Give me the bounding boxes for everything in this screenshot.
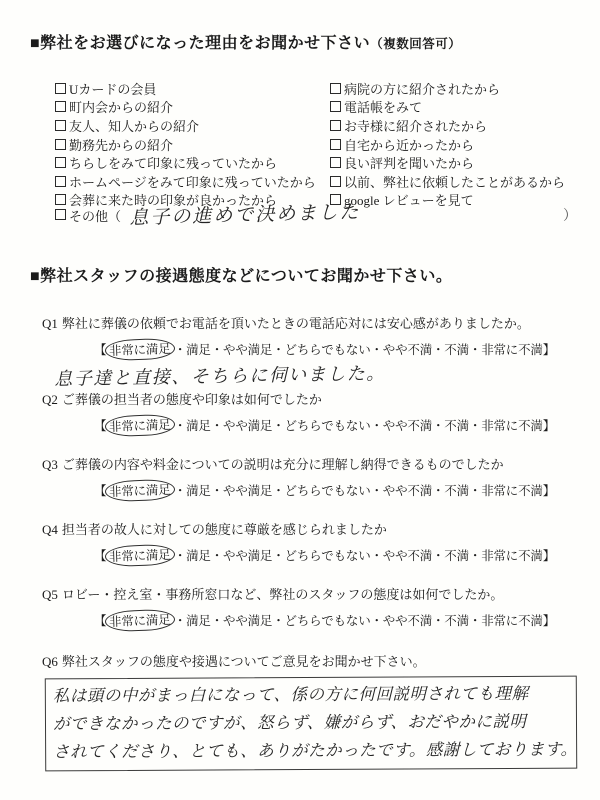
section-reasons-title: ■弊社をお選びになった理由をお聞かせ下さい（複数回答可） (30, 30, 461, 53)
reason-option-label: 町内会からの紹介 (69, 97, 173, 116)
question-label: ロビー・控え室・事務所窓口など、弊社のスタッフの態度は如何でしたか。 (62, 587, 503, 602)
circled-selected-answer: 非常に満足 (105, 414, 175, 437)
checkbox-icon (55, 176, 66, 187)
comment-line: されてくださり、とても、ありがたかったです。感謝しております。 (53, 736, 569, 767)
question-block-q5: Q5ロビー・控え室・事務所窓口など、弊社のスタッフの態度は如何でしたか。 【非常… (42, 584, 582, 631)
section-staff-title: ■弊社スタッフの接遇態度などについてお聞かせ下さい。 (30, 263, 452, 286)
question-text: Q1弊社に葬儀の依頼でお電話を頂いたときの電話応対には安心感がありましたか。 (42, 313, 582, 332)
checkbox-icon (330, 157, 341, 168)
question-text: Q4担当者の故人に対しての態度に尊厳を感じられましたか (42, 519, 582, 538)
reason-option-label: 勤務先からの紹介 (69, 135, 173, 154)
reason-options-right-column: 病院の方に紹介されたから 電話帳をみて お寺様に紹介されたから 自宅から近かった… (330, 79, 580, 209)
question-label: ご葬儀の内容や料金についての説明は充分に理解し納得できるものでしたか (62, 457, 504, 472)
satisfaction-scale: 【非常に満足・満足・やや満足・どちらでもない・やや不満・不満・非常に不満】 (94, 610, 582, 631)
reason-option-label: 電話帳をみて (344, 97, 422, 116)
reason-option-label: 良い評判を聞いたから (344, 153, 474, 172)
comment-line: 私は頭の中がまっ白になって、係の方に何回説明されても理解 (53, 680, 569, 711)
question-id: Q4 (42, 522, 58, 537)
checkbox-icon (55, 157, 66, 168)
scale-remaining-options: ・満足・やや満足・どちらでもない・やや不満・不満・非常に不満】 (174, 343, 555, 357)
reason-option: 友人、知人からの紹介 (55, 116, 330, 135)
section-staff-title-text: 弊社スタッフの接遇態度などについてお聞かせ下さい。 (40, 268, 452, 285)
reason-options: Uカードの会員 町内会からの紹介 友人、知人からの紹介 勤務先からの紹介 ちらし… (55, 79, 580, 209)
reason-option: ホームページをみて印象に残っていたから (55, 172, 330, 191)
reason-option-label: Uカードの会員 (69, 79, 156, 98)
question-text: Q2ご葬儀の担当者の態度や印象は如何でしたか (42, 389, 582, 408)
question-id: Q5 (42, 587, 58, 602)
question-label: 弊社スタッフの態度や接遇についてご意見をお聞かせ下さい。 (62, 654, 426, 669)
reason-option-label: 以前、弊社に依頼したことがあるから (344, 172, 565, 191)
reason-options-left-column: Uカードの会員 町内会からの紹介 友人、知人からの紹介 勤務先からの紹介 ちらし… (55, 79, 330, 209)
question-label: 弊社に葬儀の依頼でお電話を頂いたときの電話応対には安心感がありましたか。 (62, 316, 530, 331)
reason-option: お寺様に紹介されたから (330, 116, 580, 135)
checkbox-icon (330, 120, 341, 131)
circled-selected-answer: 非常に満足 (105, 609, 175, 632)
reason-option: 町内会からの紹介 (55, 98, 330, 117)
reason-option-label: お寺様に紹介されたから (344, 116, 487, 135)
checkbox-icon (55, 83, 66, 94)
checkbox-icon (330, 83, 341, 94)
question-label: 担当者の故人に対しての態度に尊厳を感じられましたか (62, 522, 387, 537)
question-id: Q6 (42, 654, 58, 669)
question-text: Q5ロビー・控え室・事務所窓口など、弊社のスタッフの態度は如何でしたか。 (42, 584, 582, 603)
question-label: ご葬儀の担当者の態度や印象は如何でしたか (62, 392, 322, 407)
scale-remaining-options: ・満足・やや満足・どちらでもない・やや不満・不満・非常に不満】 (174, 549, 555, 563)
reason-option: 良い評判を聞いたから (330, 153, 580, 172)
reason-option-label: 自宅から近かったから (344, 135, 474, 154)
satisfaction-scale: 【非常に満足・満足・やや満足・どちらでもない・やや不満・不満・非常に不満】 (94, 545, 582, 566)
reason-option: 電話帳をみて (330, 98, 580, 117)
reason-option-label: ちらしをみて印象に残っていたから (69, 153, 277, 172)
question-id: Q3 (42, 457, 58, 472)
question-block-q1: Q1弊社に葬儀の依頼でお電話を頂いたときの電話応対には安心感がありましたか。 【… (42, 313, 582, 391)
other-handwritten-answer: 息子の進めで決めました (129, 197, 361, 230)
question-block-q6: Q6弊社スタッフの態度や接遇についてご意見をお聞かせ下さい。 私は頭の中がまっ白… (42, 651, 582, 770)
reason-option-label: 病院の方に紹介されたから (344, 79, 500, 98)
q6-handwritten-comment-box: 私は頭の中がまっ白になって、係の方に何回説明されても理解 ができなかったのですが… (45, 676, 577, 772)
circled-selected-answer: 非常に満足 (105, 338, 175, 361)
other-option-label: その他（ (69, 206, 121, 225)
checkbox-icon (330, 101, 341, 112)
square-bullet-icon: ■ (30, 35, 40, 52)
section-reasons-title-text: 弊社をお選びになった理由をお聞かせ下さい (40, 35, 370, 52)
question-text: Q3ご葬儀の内容や料金についての説明は充分に理解し納得できるものでしたか (42, 454, 582, 473)
question-text: Q6弊社スタッフの態度や接遇についてご意見をお聞かせ下さい。 (42, 651, 582, 670)
satisfaction-scale: 【非常に満足・満足・やや満足・どちらでもない・やや不満・不満・非常に不満】 (94, 480, 582, 501)
question-block-q2: Q2ご葬儀の担当者の態度や印象は如何でしたか 【非常に満足・満足・やや満足・どち… (42, 389, 582, 436)
reason-option: Uカードの会員 (55, 79, 330, 98)
reason-option: 自宅から近かったから (330, 135, 580, 154)
checkbox-icon (55, 120, 66, 131)
q1-handwritten-note: 息子達と直接、そちらに伺いました。 (54, 356, 582, 391)
checkbox-icon (55, 209, 66, 220)
question-id: Q2 (42, 392, 58, 407)
reason-option: 以前、弊社に依頼したことがあるから (330, 172, 580, 191)
checkbox-icon (330, 139, 341, 150)
scale-remaining-options: ・満足・やや満足・どちらでもない・やや不満・不満・非常に不満】 (174, 484, 555, 498)
satisfaction-scale: 【非常に満足・満足・やや満足・どちらでもない・やや不満・不満・非常に不満】 (94, 415, 582, 436)
scale-remaining-options: ・満足・やや満足・どちらでもない・やや不満・不満・非常に不満】 (174, 419, 555, 433)
reason-option-label: ホームページをみて印象に残っていたから (69, 172, 316, 191)
question-block-q4: Q4担当者の故人に対しての態度に尊厳を感じられましたか 【非常に満足・満足・やや… (42, 519, 582, 566)
question-id: Q1 (42, 316, 58, 331)
circled-selected-answer: 非常に満足 (105, 479, 175, 502)
reason-option: 勤務先からの紹介 (55, 135, 330, 154)
checkbox-icon (55, 101, 66, 112)
reason-option-label: 友人、知人からの紹介 (69, 116, 199, 135)
circled-selected-answer: 非常に満足 (105, 544, 175, 567)
checkbox-icon (330, 176, 341, 187)
question-block-q3: Q3ご葬儀の内容や料金についての説明は充分に理解し納得できるものでしたか 【非常… (42, 454, 582, 501)
square-bullet-icon: ■ (30, 268, 40, 285)
multiple-answers-note: （複数回答可） (370, 37, 461, 51)
checkbox-icon (55, 139, 66, 150)
reason-option: 病院の方に紹介されたから (330, 79, 580, 98)
checkbox-icon (55, 194, 66, 205)
comment-line: ができなかったのですが、怒らず、嫌がらず、おだやかに説明 (53, 708, 569, 739)
scanned-survey-page: ■弊社をお選びになった理由をお聞かせ下さい（複数回答可） Uカードの会員 町内会… (0, 0, 600, 800)
reason-option-other: その他（ 息子の進めで決めました ） (55, 205, 577, 230)
scale-remaining-options: ・満足・やや満足・どちらでもない・やや不満・不満・非常に不満】 (174, 614, 555, 628)
other-option-close-paren: ） (563, 205, 577, 225)
reason-option: ちらしをみて印象に残っていたから (55, 153, 330, 172)
